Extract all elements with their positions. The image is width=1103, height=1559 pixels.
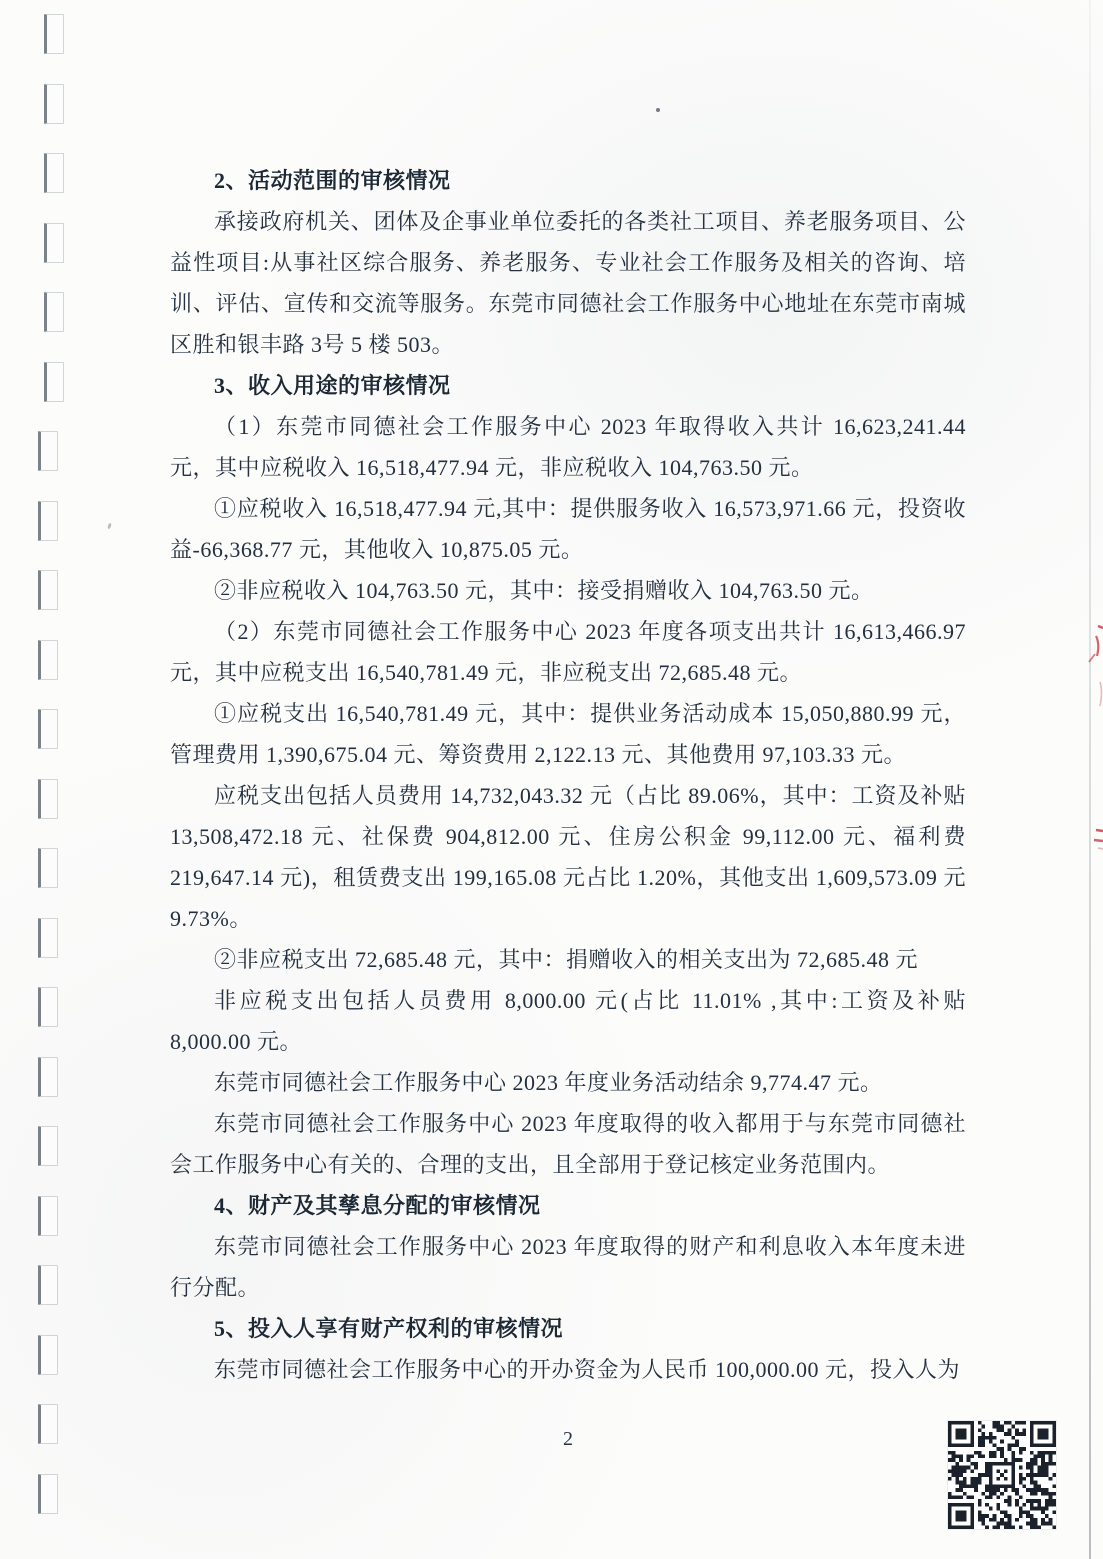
document-paragraph: ②非应税支出 72,685.48 元，其中：捐赠收入的相关支出为 72,685.…: [170, 939, 966, 980]
document-paragraph: 承接政府机关、团体及企事业单位委托的各类社工项目、养老服务项目、公益性项目:从事…: [170, 201, 966, 365]
document-paragraph: ①应税支出 16,540,781.49 元，其中：提供业务活动成本 15,050…: [170, 693, 966, 775]
document-paragraph: 东莞市同德社会工作服务中心 2023 年度业务活动结余 9,774.47 元。: [170, 1062, 966, 1103]
section-heading: 4、财产及其孳息分配的审核情况: [170, 1185, 966, 1226]
page-number: 2: [170, 1428, 966, 1451]
document-paragraph: （2）东莞市同德社会工作服务中心 2023 年度各项支出共计 16,613,46…: [170, 611, 966, 693]
document-paragraph: ①应税收入 16,518,477.94 元,其中：提供服务收入 16,573,9…: [170, 488, 966, 570]
binding-holes: [38, 14, 64, 1559]
document-paragraph: 应税支出包括人员费用 14,732,043.32 元（占比 89.06%，其中：…: [170, 775, 966, 939]
red-seal-fragment: [1084, 622, 1103, 712]
scanned-document-page: 2、活动范围的审核情况 承接政府机关、团体及企事业单位委托的各类社工项目、养老服…: [0, 0, 1103, 1559]
document-paragraph: 东莞市同德社会工作服务中心 2023 年度取得的收入都用于与东莞市同德社会工作服…: [170, 1103, 966, 1185]
section-heading: 5、投入人享有财产权利的审核情况: [170, 1308, 966, 1349]
section-heading: 3、收入用途的审核情况: [170, 365, 966, 406]
red-seal-fragment: [1090, 826, 1103, 856]
scan-speck: [107, 523, 112, 530]
qr-code: [948, 1421, 1056, 1529]
section-heading: 2、活动范围的审核情况: [170, 160, 966, 201]
document-paragraph: ②非应税收入 104,763.50 元，其中：接受捐赠收入 104,763.50…: [170, 570, 966, 611]
document-paragraph: 非应税支出包括人员费用 8,000.00 元(占比 11.01% ,其中:工资及…: [170, 980, 966, 1062]
scan-speck: [656, 108, 660, 112]
page-edge-shadow: [1089, 0, 1091, 1559]
document-paragraph: 东莞市同德社会工作服务中心的开办资金为人民币 100,000.00 元，投入人为: [170, 1349, 966, 1390]
document-paragraph: （1）东莞市同德社会工作服务中心 2023 年取得收入共计 16,623,241…: [170, 406, 966, 488]
document-paragraph: 东莞市同德社会工作服务中心 2023 年度取得的财产和利息收入本年度未进行分配。: [170, 1226, 966, 1308]
document-body: 2、活动范围的审核情况 承接政府机关、团体及企事业单位委托的各类社工项目、养老服…: [170, 160, 966, 1390]
